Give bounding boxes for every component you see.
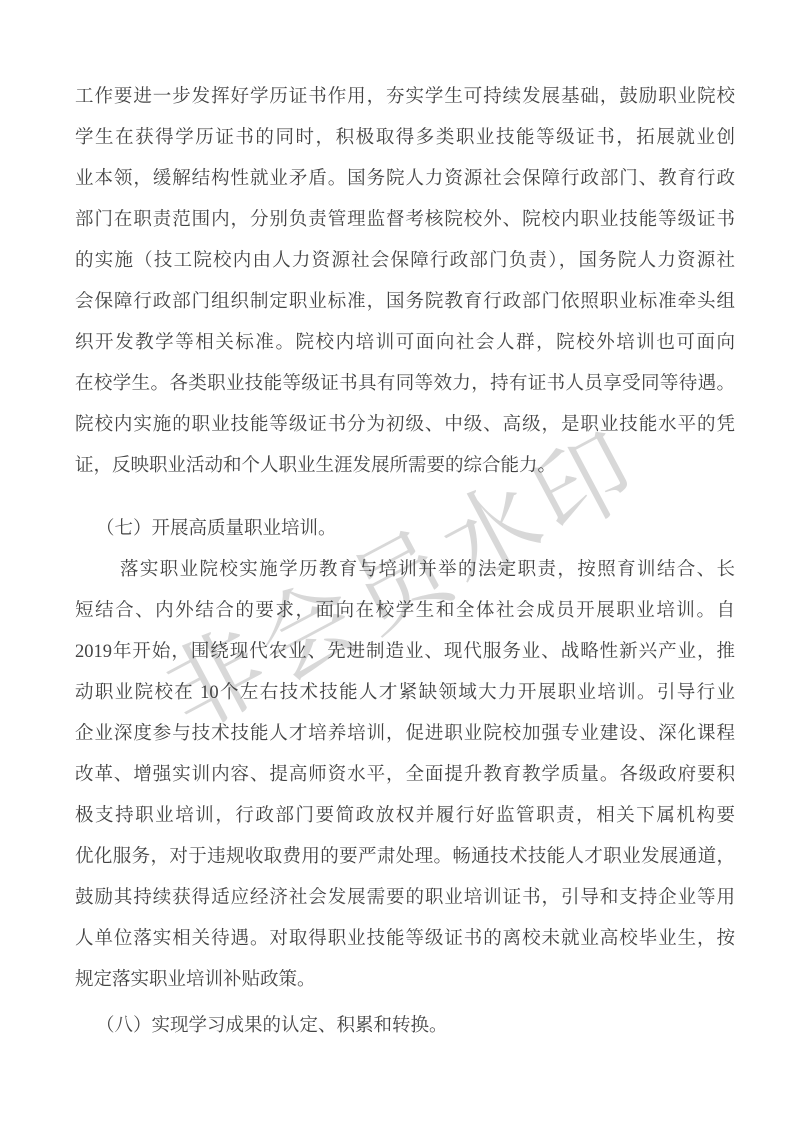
text-line: 短结合、内外结合的要求，面向在校学生和全体社会成员开展职业培训。自: [75, 591, 735, 632]
document-body: 工作要进一步发挥好学历证书作用，夯实学生可持续发展基础，鼓励职业院校 学生在获得…: [75, 77, 735, 1047]
text-line: 证，反映职业活动和个人职业生涯发展所需要的综合能力。: [75, 446, 735, 487]
text-line: 院校内实施的职业技能等级证书分为初级、中级、高级，是职业技能水平的凭: [75, 405, 735, 446]
text-line: 2019年开始，围绕现代农业、先进制造业、现代服务业、战略性新兴产业，推: [75, 632, 735, 673]
text-line: 改革、增强实训内容、提高师资水平，全面提升教育教学质量。各级政府要积: [75, 755, 735, 796]
text-line: 部门在职责范围内，分别负责管理监督考核院校外、院校内职业技能等级证书: [75, 200, 735, 241]
text-line: 优化服务，对于违规收取费用的要严肃处理。畅通技术技能人才职业发展通道，: [75, 837, 735, 878]
text-line: 工作要进一步发挥好学历证书作用，夯实学生可持续发展基础，鼓励职业院校: [75, 77, 735, 118]
text-line: 落实职业院校实施学历教育与培训并举的法定职责，按照育训结合、长: [75, 550, 735, 591]
text-line: 人单位落实相关待遇。对取得职业技能等级证书的离校未就业高校毕业生，按: [75, 919, 735, 960]
text-line: 极支持职业培训，行政部门要简政放权并履行好监管职责，相关下属机构要: [75, 796, 735, 837]
text-line: 企业深度参与技术技能人才培养培训，促进职业院校加强专业建设、深化课程: [75, 714, 735, 755]
text-line: 规定落实职业培训补贴政策。: [75, 960, 735, 1001]
text-line: 会保障行政部门组织制定职业标准，国务院教育行政部门依照职业标准牵头组: [75, 282, 735, 323]
text-line: 鼓励其持续获得适应经济社会发展需要的职业培训证书，引导和支持企业等用: [75, 878, 735, 919]
text-line: 动职业院校在 10个左右技术技能人才紧缺领域大力开展职业培训。引导行业: [75, 673, 735, 714]
text-line: 的实施（技工院校内由人力资源社会保障行政部门负责），国务院人力资源社: [75, 241, 735, 282]
section-heading-7: （七）开展高质量职业培训。: [75, 509, 735, 550]
document-page: 非会员水印 工作要进一步发挥好学历证书作用，夯实学生可持续发展基础，鼓励职业院校…: [0, 0, 794, 1123]
text-line: 在校学生。各类职业技能等级证书具有同等效力，持有证书人员享受同等待遇。: [75, 364, 735, 405]
section-heading-8: （八）实现学习成果的认定、积累和转换。: [75, 1006, 735, 1047]
text-line: 业本领，缓解结构性就业矛盾。国务院人力资源社会保障行政部门、教育行政: [75, 159, 735, 200]
text-line: 学生在获得学历证书的同时，积极取得多类职业技能等级证书，拓展就业创: [75, 118, 735, 159]
text-line: 织开发教学等相关标准。院校内培训可面向社会人群，院校外培训也可面向: [75, 323, 735, 364]
